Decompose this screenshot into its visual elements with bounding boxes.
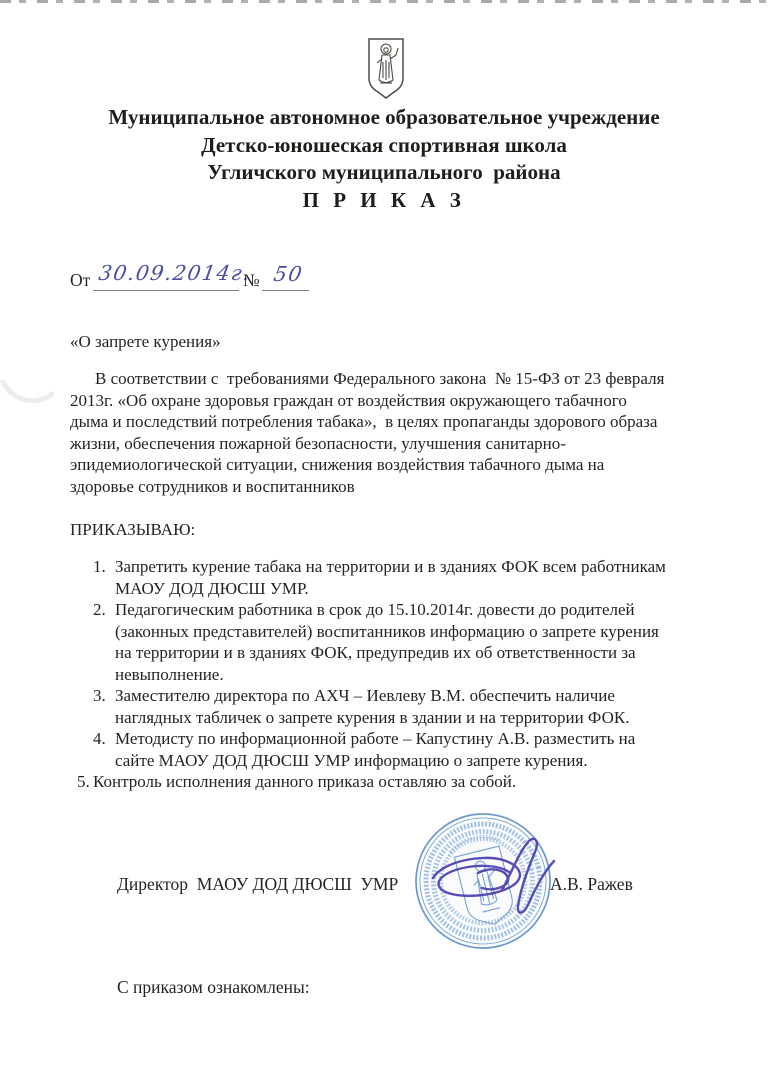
item-line: невыполнение. [115, 664, 728, 686]
scan-edge-artifact [0, 0, 768, 3]
intro-line: 2013г. «Об охране здоровья граждан от во… [70, 390, 720, 412]
signature-name: А.В. Ражев [550, 874, 633, 896]
item-line: Запретить курение табака на территории и… [115, 556, 728, 578]
order-item-1: 1. Запретить курение табака на территори… [70, 556, 728, 599]
subject-line: «О запрете курения» [70, 331, 221, 353]
date-underline [93, 290, 239, 291]
item-number: 4. [93, 728, 106, 750]
order-item-3: 3. Заместителю директора по АХЧ – Иевлев… [70, 685, 728, 728]
item-line: Педагогическим работника в срок до 15.10… [115, 599, 728, 621]
item-line: наглядных табличек о запрете курения в з… [115, 707, 728, 729]
handwritten-number: 50 [272, 262, 305, 286]
intro-line: жизни, обеспечения пожарной безопасности… [70, 433, 720, 455]
intro-line: В соответствии с требованиями Федерально… [70, 368, 720, 390]
order-item-2: 2. Педагогическим работника в срок до 15… [70, 599, 728, 685]
item-line: сайте МАОУ ДОД ДЮСШ УМР информацию о зап… [115, 750, 728, 772]
intro-line: эпидемиологической ситуации, снижения во… [70, 454, 720, 476]
signature-position-label: Директор МАОУ ДОД ДЮСШ УМР [117, 874, 398, 896]
director-signature [423, 828, 563, 924]
intro-line: здоровье сотрудников и воспитанников [70, 476, 720, 498]
item-number: 1. [93, 556, 106, 578]
item-number: 5. [77, 771, 90, 793]
org-name-line3: Угличского муниципального района [0, 159, 768, 187]
item-number: 2. [93, 599, 106, 621]
item-line: на территории и в зданиях ФОК, предупред… [115, 642, 728, 664]
item-line: Заместителю директора по АХЧ – Иевлеву В… [115, 685, 728, 707]
item-line: Методисту по информационной работе – Кап… [115, 728, 728, 750]
org-name-line1: Муниципальное автономное образовательное… [0, 104, 768, 132]
order-word: ПРИКАЗЫВАЮ: [70, 519, 195, 541]
intro-paragraph: В соответствии с требованиями Федерально… [70, 368, 720, 497]
handwritten-date: 30.09.2014г. [97, 261, 253, 285]
date-from-label: От [70, 270, 90, 291]
item-line: (законных представителей) воспитанников … [115, 621, 728, 643]
scanned-order-document: Муниципальное автономное образовательное… [0, 0, 768, 1085]
item-line: МАОУ ДОД ДЮСШ УМР. [115, 578, 728, 600]
order-item-5: 5. Контроль исполнения данного приказа о… [70, 771, 728, 793]
document-type-title: П Р И К А З [0, 187, 768, 215]
paper-fold-artifact [0, 372, 56, 418]
number-label: № [243, 270, 260, 291]
item-number: 3. [93, 685, 106, 707]
order-item-4: 4. Методисту по информационной работе – … [70, 728, 728, 771]
number-underline [262, 290, 309, 291]
item-line: Контроль исполнения данного приказа оста… [93, 771, 728, 793]
acknowledgment-line: С приказом ознакомлены: [117, 977, 310, 999]
order-items-list: 1. Запретить курение табака на территори… [70, 556, 728, 793]
org-name-line2: Детско-юношеская спортивная школа [0, 132, 768, 160]
document-header: Муниципальное автономное образовательное… [0, 104, 768, 214]
uglich-coat-of-arms-icon [360, 36, 412, 102]
intro-line: дыма и последствий потребления табака», … [70, 411, 720, 433]
